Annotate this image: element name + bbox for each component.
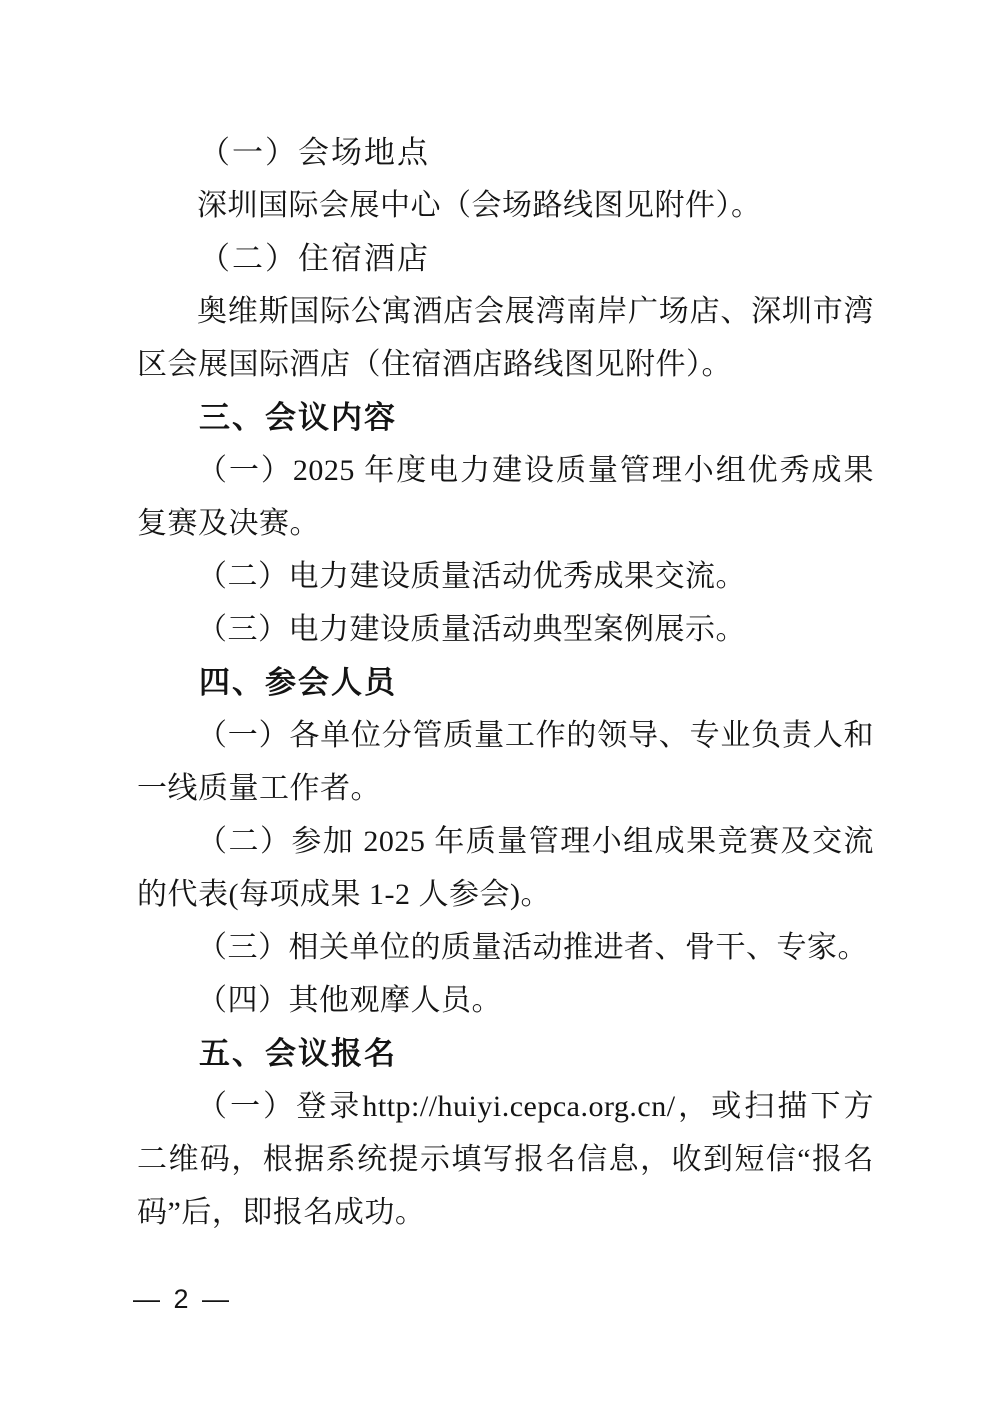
- paragraph-participants-item-2: （二）参加 2025 年质量管理小组成果竞赛及交流的代表(每项成果 1-2 人参…: [137, 815, 874, 921]
- subsection-heading-hotel: （二）住宿酒店: [137, 232, 874, 285]
- paragraph-content-item-1: （一）2025 年度电力建设质量管理小组优秀成果复赛及决赛。: [137, 444, 874, 550]
- paragraph-registration-item-1: （一）登录http://huiyi.cepca.org.cn/，或扫描下方二维码…: [137, 1080, 874, 1239]
- paragraph-participants-item-3: （三）相关单位的质量活动推进者、骨干、专家。: [137, 921, 874, 974]
- page-number: — 2 —: [133, 1284, 232, 1315]
- paragraph-participants-item-1: （一）各单位分管质量工作的领导、专业负责人和一线质量工作者。: [137, 709, 874, 815]
- paragraph-hotel-info: 奥维斯国际公寓酒店会展湾南岸广场店、深圳市湾区会展国际酒店（住宿酒店路线图见附件…: [137, 285, 874, 391]
- section-heading-meeting-content: 三、会议内容: [137, 391, 874, 444]
- paragraph-content-item-3: （三）电力建设质量活动典型案例展示。: [137, 603, 874, 656]
- document-body: （一）会场地点 深圳国际会展中心（会场路线图见附件）。 （二）住宿酒店 奥维斯国…: [137, 126, 874, 1239]
- paragraph-participants-item-4: （四）其他观摩人员。: [137, 974, 874, 1027]
- document-page: （一）会场地点 深圳国际会展中心（会场路线图见附件）。 （二）住宿酒店 奥维斯国…: [0, 0, 992, 1403]
- paragraph-venue-address: 深圳国际会展中心（会场路线图见附件）。: [137, 179, 874, 232]
- subsection-heading-venue: （一）会场地点: [137, 126, 874, 179]
- section-heading-registration: 五、会议报名: [137, 1027, 874, 1080]
- section-heading-participants: 四、参会人员: [137, 656, 874, 709]
- paragraph-content-item-2: （二）电力建设质量活动优秀成果交流。: [137, 550, 874, 603]
